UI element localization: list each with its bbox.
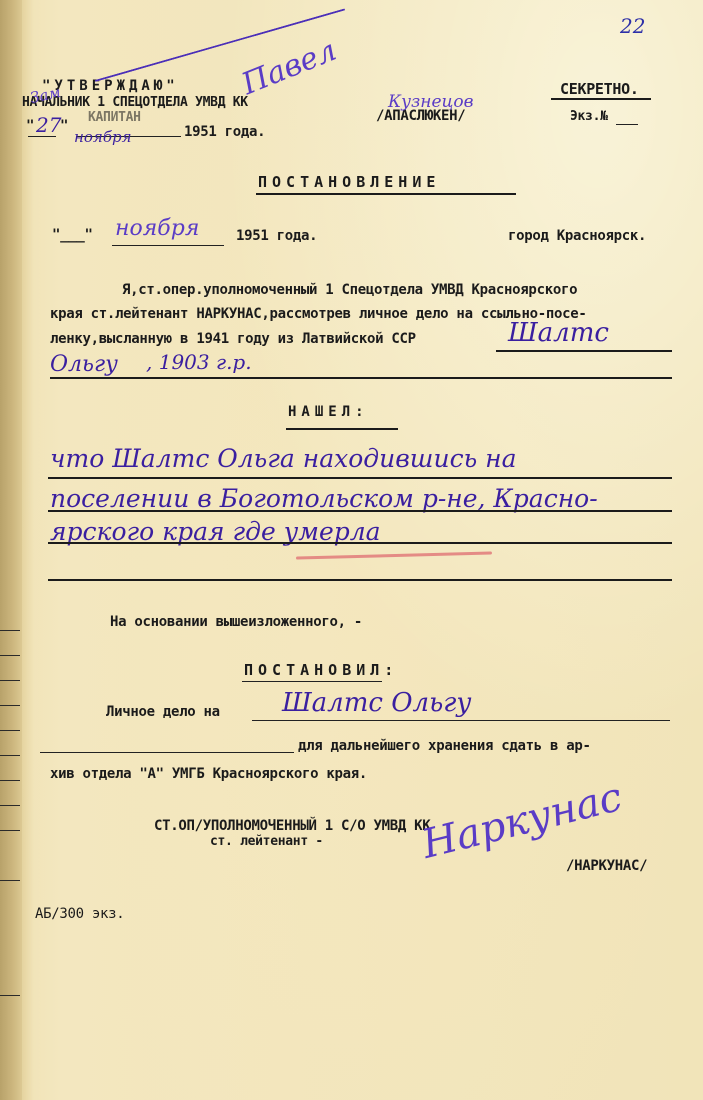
resolved-heading: ПОСТАНОВИЛ: xyxy=(244,661,398,679)
approval-day-handwritten: 27 xyxy=(36,113,61,137)
margin-tick xyxy=(0,680,20,681)
resolution-prefix: Личное дело на xyxy=(106,704,220,720)
margin-tick xyxy=(0,995,20,996)
approval-year: 1951 года. xyxy=(184,124,265,140)
resolution-name-handwritten: Шалтс Ольгу xyxy=(282,688,471,718)
page-number: 22 xyxy=(620,14,645,38)
finding-rule-3 xyxy=(48,542,672,544)
copy-number-line xyxy=(616,124,638,125)
title-underline xyxy=(256,193,516,195)
approval-month-handwritten: ноября xyxy=(74,128,132,146)
intro-birth-handwritten: , 1903 г.р. xyxy=(146,350,252,374)
dateline-year: 1951 года. xyxy=(236,228,317,244)
margin-tick xyxy=(0,755,20,756)
resolution-line-2: для дальнейшего хранения сдать в ар- xyxy=(298,738,591,754)
signatory-title-2: ст. лейтенант - xyxy=(210,834,323,849)
margin-tick xyxy=(0,880,20,881)
resolution-blank-line xyxy=(40,752,294,753)
intro-firstname-handwritten: Ольгу xyxy=(50,352,118,377)
found-heading: НАШЕЛ: xyxy=(288,404,369,420)
intro-surname-handwritten: Шалтс xyxy=(508,318,609,348)
intro-line-1: Я,ст.опер.уполномоченный 1 Спецотдела УМ… xyxy=(122,282,577,298)
document-title: ПОСТАНОВЛЕНИЕ xyxy=(258,173,440,191)
margin-tick xyxy=(0,730,20,731)
red-pencil-mark xyxy=(296,551,492,559)
dateline-month-handwritten: ноября xyxy=(115,216,199,241)
approval-signature-handwritten: Павел xyxy=(237,33,341,102)
finding-rule-1 xyxy=(48,477,672,479)
basis-text: На основании вышеизложенного, - xyxy=(110,614,362,630)
document-page: 22 "УТВЕРЖДАЮ" НАЧАЛЬНИК 1 СПЕЦОТДЕЛА УМ… xyxy=(0,0,703,1100)
signatory-name: /НАРКУНАС/ xyxy=(566,858,647,874)
intro-line-3: ленку,высланную в 1941 году из Латвийско… xyxy=(50,331,416,347)
dateline-month-line xyxy=(112,245,224,246)
resolved-underline xyxy=(242,681,382,682)
found-underline xyxy=(286,428,398,430)
resolution-name-line xyxy=(252,720,670,721)
footer-reference: АБ/300 экз. xyxy=(35,906,124,922)
margin-tick xyxy=(0,705,20,706)
signatory-signature-handwritten: Наркунас xyxy=(417,774,626,868)
margin-tick xyxy=(0,655,20,656)
intro-line-2: края ст.лейтенант НАРКУНАС,рассмотрев ли… xyxy=(50,306,587,322)
finding-line-1: что Шалтс Ольга находившись на xyxy=(50,444,517,473)
finding-rule-2 xyxy=(48,510,672,512)
finding-rule-4 xyxy=(48,579,672,581)
dateline-day-blank: "___" xyxy=(52,227,93,243)
intro-name-line xyxy=(496,350,672,352)
dateline-city: город Красноярск. xyxy=(508,228,646,244)
intro-continuation-line xyxy=(50,377,672,379)
copy-label: Экз.№ xyxy=(570,109,608,124)
approval-name-handwritten: Кузнецов xyxy=(388,92,474,112)
binding-strip xyxy=(0,0,22,1100)
approval-label: "УТВЕРЖДАЮ" xyxy=(42,78,179,94)
margin-tick xyxy=(0,805,20,806)
resolution-line-3: хив отдела "А" УМГБ Красноярского края. xyxy=(50,766,367,782)
approval-rank: КАПИТАН xyxy=(88,110,141,125)
margin-tick xyxy=(0,630,20,631)
classification-label: СЕКРЕТНО. xyxy=(560,80,639,98)
signatory-title-1: СТ.ОП/УПОЛНОМОЧЕННЫЙ 1 С/О УМВД КК xyxy=(154,818,430,834)
classification-underline xyxy=(551,98,651,100)
approval-quote-open: " xyxy=(26,118,34,134)
margin-tick xyxy=(0,780,20,781)
margin-tick xyxy=(0,830,20,831)
finding-line-2: поселении в Боготольском р-не, Красно- xyxy=(50,484,598,513)
